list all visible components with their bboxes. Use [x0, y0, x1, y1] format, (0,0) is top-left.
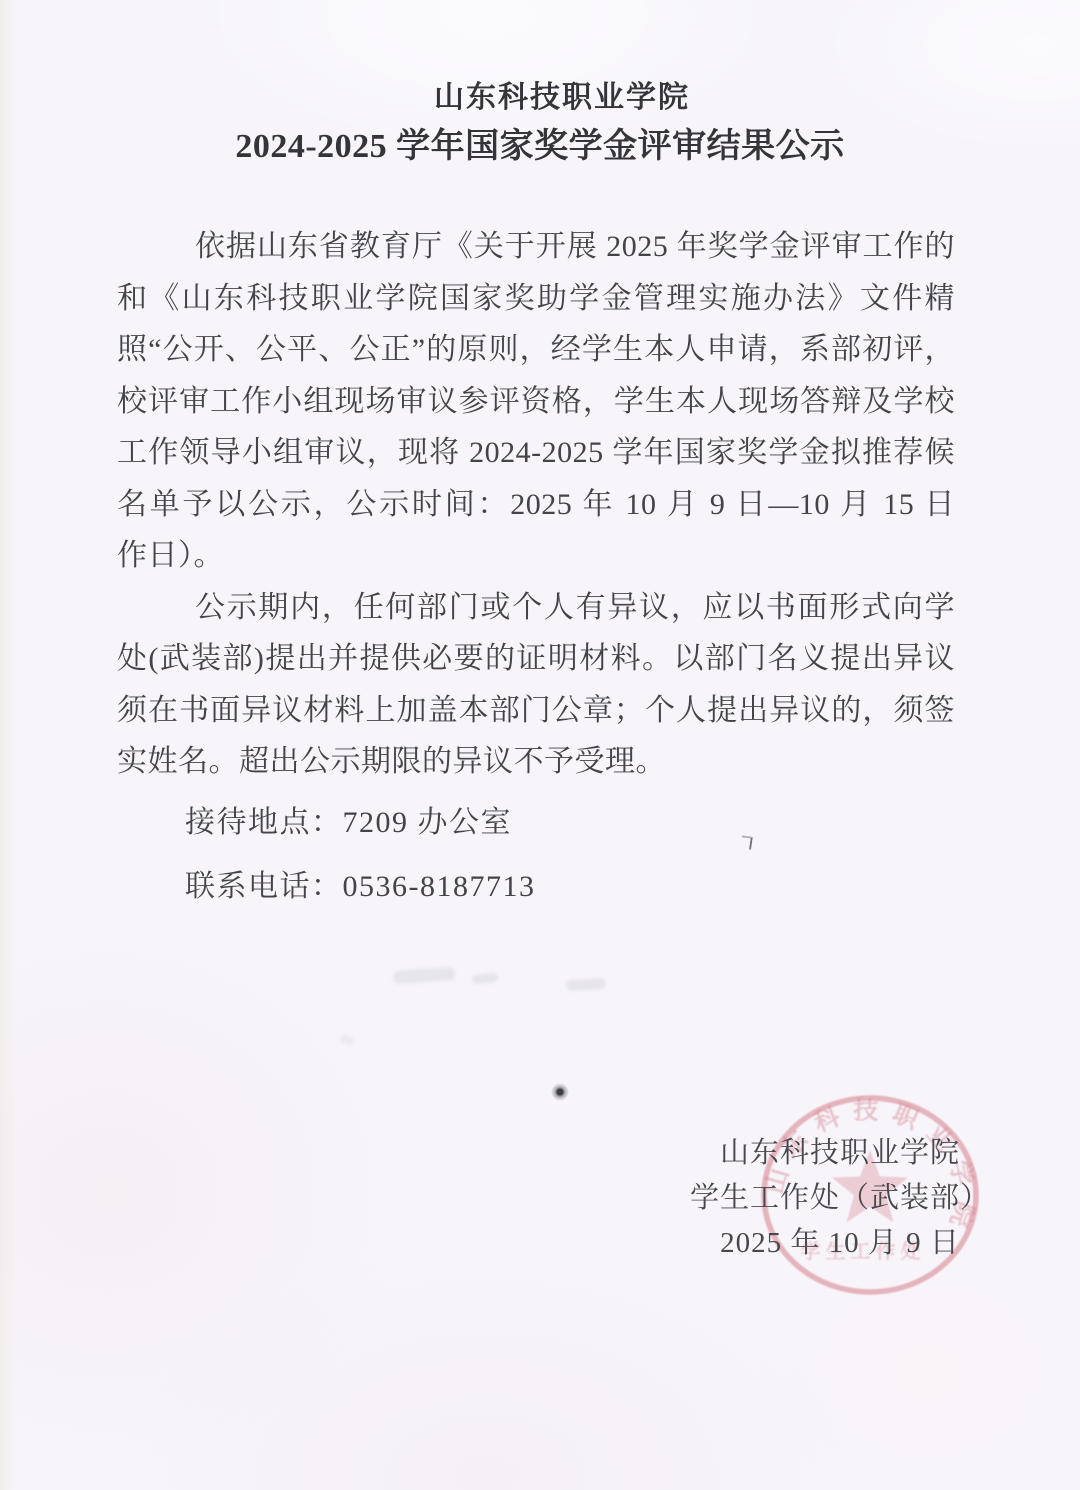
text-line: 和《山东科技职业学院国家奖助学金管理实施办法》文件精神，按 [117, 273, 955, 325]
signature-date: 2025 年 10 月 9 日 [670, 1221, 1010, 1266]
scan-ink-tick [740, 835, 753, 849]
contact-phone-label: 联系电话： [185, 870, 343, 903]
text-line: 工作领导小组审议，现将 2024-2025 学年国家奖学金拟推荐候选人 [117, 427, 955, 479]
text-line: 处(武装部)提出并提供必要的证明材料。以部门名义提出异议的， [117, 633, 955, 685]
text-line: 须在书面异议材料上加盖本部门公章；个人提出异议的，须签署真 [117, 685, 955, 737]
paragraph-1: 依据山东省教育厅《关于开展 2025 年奖学金评审工作的通知》 和《山东科技职业… [117, 221, 955, 582]
page-title-org: 山东科技职业学院 [22, 72, 1080, 116]
scan-smudge [566, 978, 607, 991]
contact-location: 接待地点：7209 办公室 [185, 797, 512, 841]
scanned-notice-page: 山东科技职业学院 2024-2025 学年国家奖学金评审结果公示 依据山东省教育… [0, 0, 1080, 1490]
paragraph-2: 公示期内，任何部门或个人有异议，应以书面形式向学生工作 处(武装部)提出并提供必… [117, 582, 955, 788]
scan-ink-dot [551, 1083, 569, 1101]
contact-phone-value: 0536-8187713 [343, 870, 536, 903]
contact-location-label: 接待地点： [185, 806, 343, 839]
scan-smudge [393, 967, 456, 984]
signature-org: 山东科技职业学院 [670, 1131, 1010, 1176]
text-line: 实姓名。超出公示期限的异议不予受理。 [117, 736, 955, 788]
signature-block: 山东科技职业学院 学生工作处（武装部） 2025 年 10 月 9 日 [670, 1131, 1010, 1266]
text-line: 公示期内，任何部门或个人有异议，应以书面形式向学生工作 [117, 582, 955, 634]
scan-smudge [472, 973, 499, 985]
text-line: 作日）。 [117, 530, 955, 582]
signature-dept: 学生工作处（武装部） [670, 1176, 1010, 1221]
contact-location-value: 7209 办公室 [343, 806, 513, 839]
body-text: 依据山东省教育厅《关于开展 2025 年奖学金评审工作的通知》 和《山东科技职业… [117, 221, 955, 788]
text-line: 依据山东省教育厅《关于开展 2025 年奖学金评审工作的通知》 [117, 221, 955, 273]
text-line: 名单予以公示，公示时间：2025 年 10 月 9 日—10 月 15 日（五个… [117, 479, 955, 531]
text-line: 照“公开、公平、公正”的原则，经学生本人申请，系部初评，学 [117, 324, 955, 376]
page-title-main: 2024-2025 学年国家奖学金评审结果公示 [0, 118, 1080, 167]
text-line: 校评审工作小组现场审议参评资格，学生本人现场答辩及学校资助 [117, 376, 955, 428]
scan-smudge [339, 1034, 355, 1046]
contact-phone: 联系电话：0536-8187713 [185, 861, 536, 905]
